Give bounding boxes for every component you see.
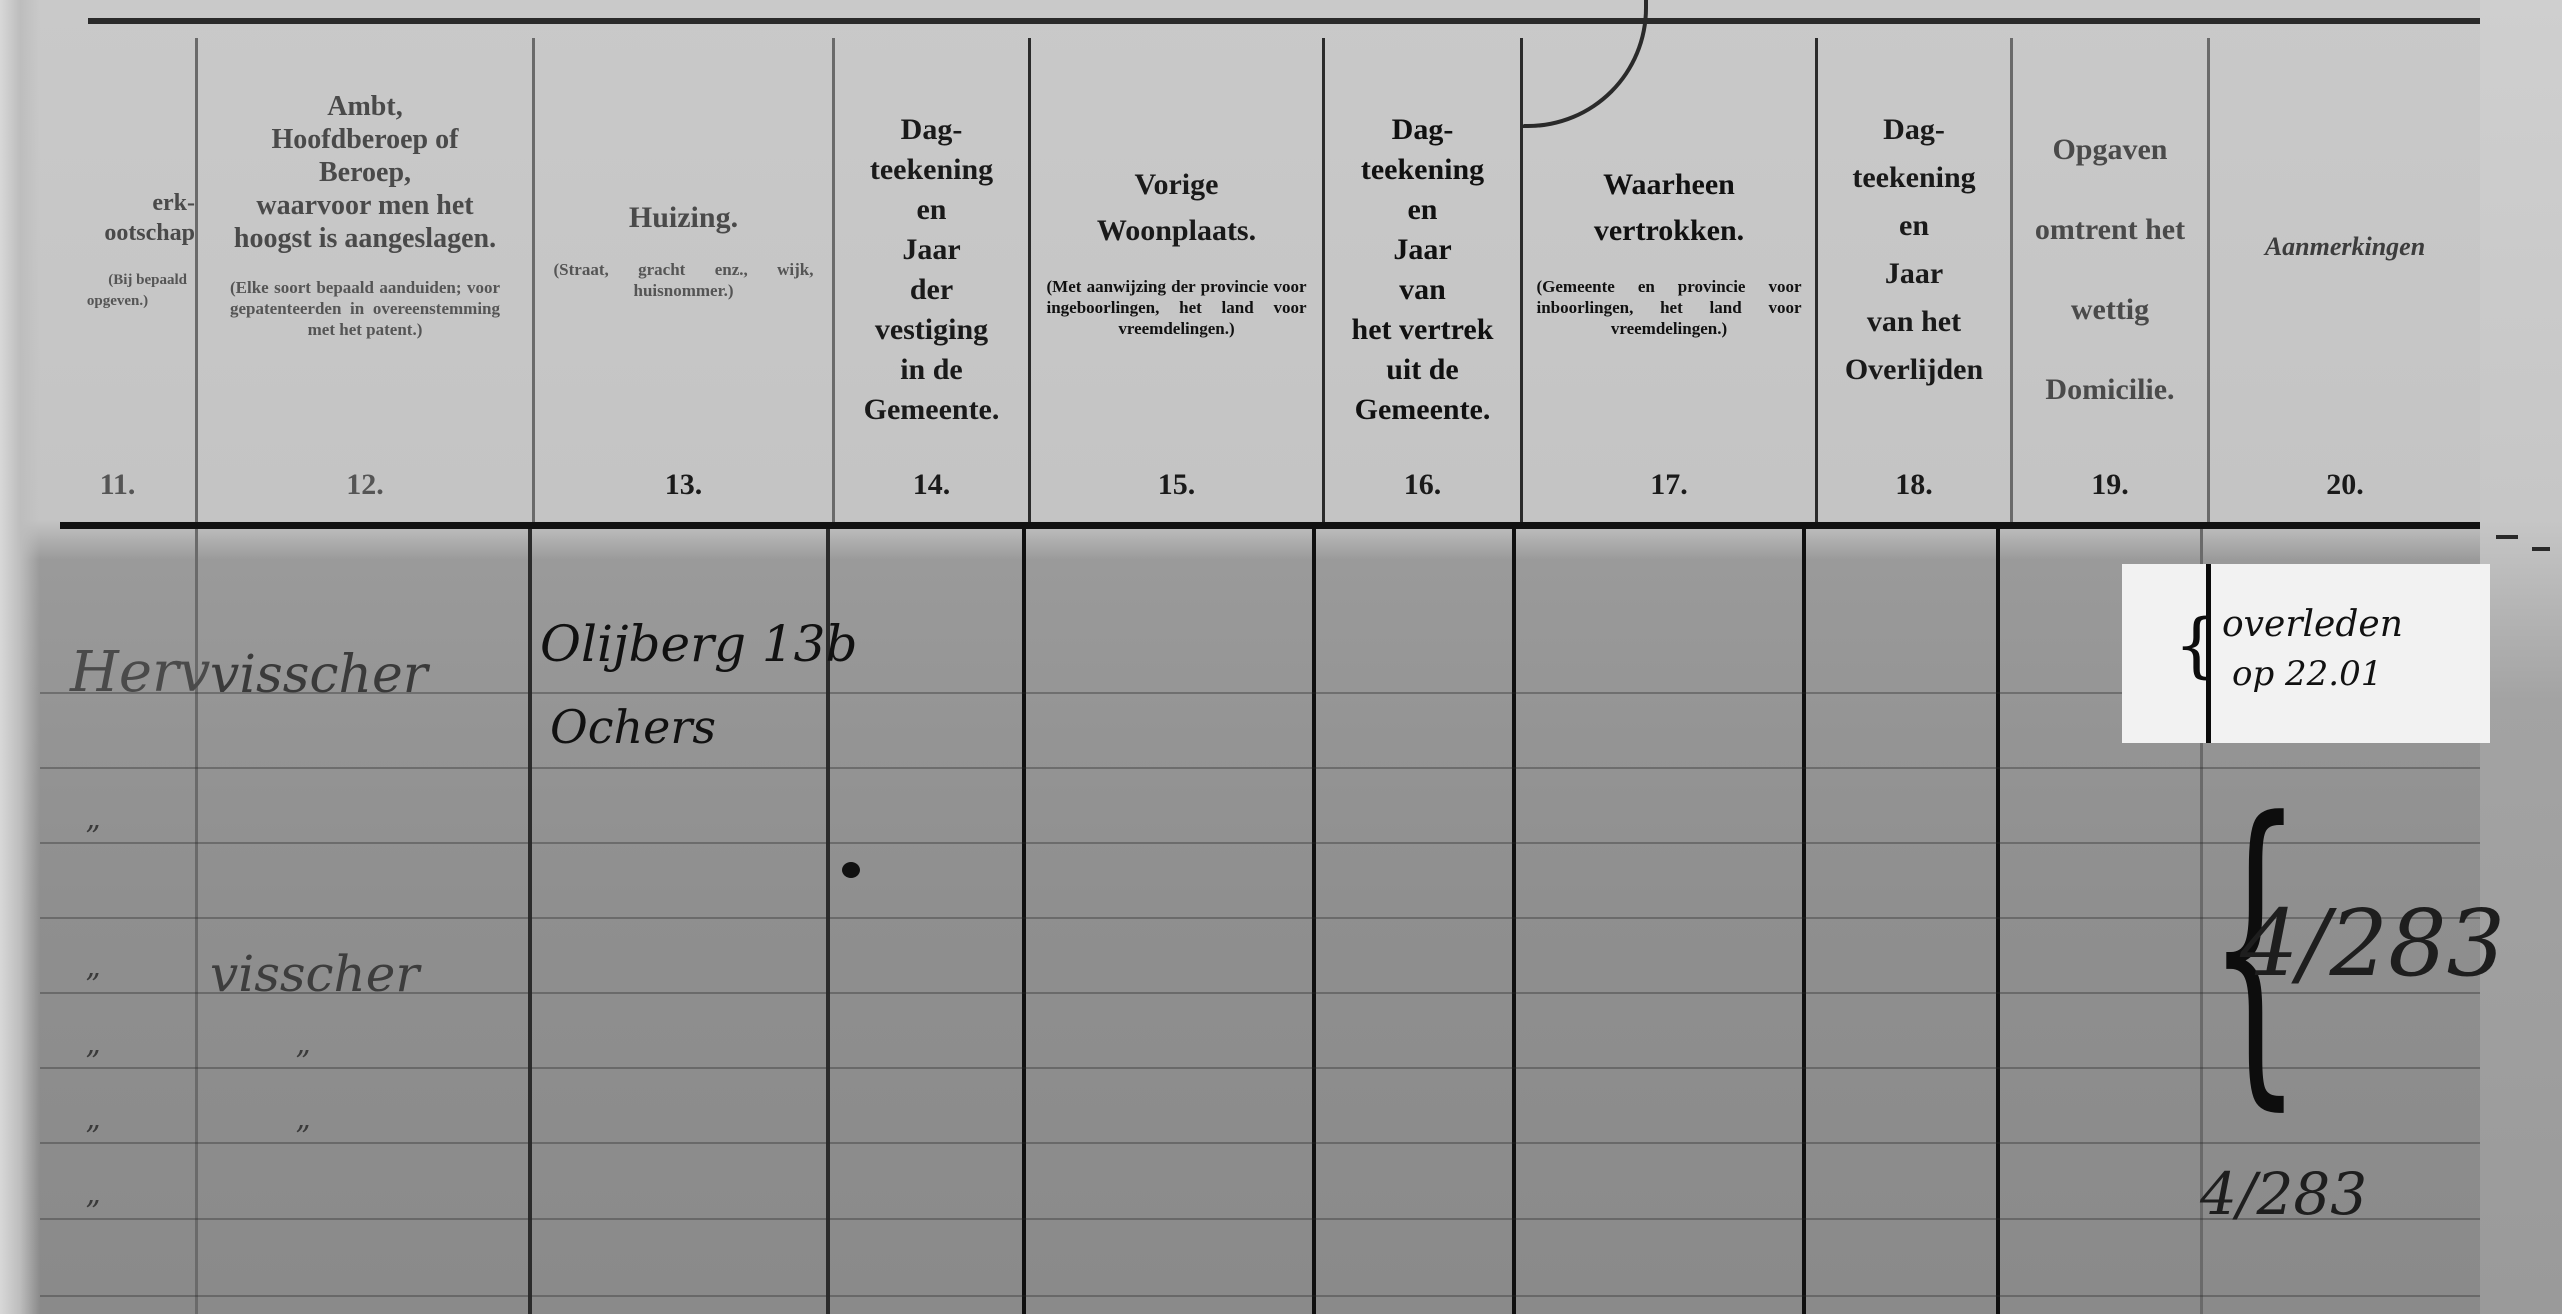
column-16-title-line: van: [1352, 270, 1494, 310]
entry-row1-religion: Herv: [70, 640, 210, 705]
column-18-title-line: en: [1845, 202, 1983, 250]
column-header-14: Dag- teekening en Jaar der vestiging in …: [835, 40, 1028, 480]
column-14-title-line: in de: [864, 350, 1000, 390]
column-number-18: 18.: [1818, 468, 2010, 502]
column-16-title-line: Gemeente.: [1352, 390, 1494, 430]
column-17-subtitle: (Gemeente en provincie voor inboorlingen…: [1529, 276, 1810, 339]
column-header-11: erk- ootschap (Bij bepaald opgeven.): [40, 40, 195, 460]
remark-bracket-reference: 4/283: [2240, 890, 2505, 997]
column-14-title-line: Dag-: [864, 110, 1000, 150]
column-18-title-line: Jaar: [1845, 250, 1983, 298]
column-14-title-line: vestiging: [864, 310, 1000, 350]
column-header-19: Opgaven omtrent het wettig Domicilie.: [2013, 40, 2207, 530]
column-header-20: Aanmerkingen: [2210, 40, 2480, 652]
column-18-title-line: Dag-: [1845, 106, 1983, 154]
column-15-subtitle: (Met aanwijzing der provincie voor ingeb…: [1039, 276, 1315, 339]
body-separator-16-17: [1512, 529, 1516, 1314]
remark-lower-reference: 4/283: [2200, 1160, 2367, 1228]
ruled-line: [40, 1295, 2480, 1297]
column-18-title-line: teekening: [1845, 154, 1983, 202]
entry-row1-address-line2: Ochers: [550, 700, 716, 754]
column-11-title-line: erk-: [104, 188, 195, 218]
column-16-title-line: Dag-: [1352, 110, 1494, 150]
inset-brace: {: [2174, 604, 2219, 686]
ditto-mark: ”: [85, 820, 100, 855]
ditto-mark: ”: [295, 1045, 310, 1080]
column-header-12: Ambt, Hoofdberoep of Beroep, waarvoor me…: [198, 40, 532, 510]
column-16-title-line: het vertrek: [1352, 310, 1494, 350]
ruled-line: [40, 1142, 2480, 1144]
column-13-subtitle: (Straat, gracht enz., wijk, huisnommer.): [546, 259, 822, 301]
column-number-16: 16.: [1325, 468, 1520, 502]
column-number-14: 14.: [835, 468, 1028, 502]
column-19-title-line: Opgaven: [2035, 110, 2185, 190]
body-separator-14-15: [1022, 529, 1026, 1314]
remark-deceased-line2: op 22.01: [2232, 654, 2382, 694]
ink-blot: [842, 862, 860, 878]
column-header-16: Dag- teekening en Jaar van het vertrek u…: [1325, 40, 1520, 480]
remark-deceased-line1: overleden: [2222, 604, 2403, 645]
column-number-20: 20.: [2210, 468, 2480, 502]
column-14-title-line: Jaar: [864, 230, 1000, 270]
column-header-15: Vorige Woonplaats. (Met aanwijzing der p…: [1031, 40, 1322, 460]
entry-row3-occupation: visscher: [210, 945, 419, 1003]
margin-tick: [2532, 547, 2550, 551]
column-19-title-line: omtrent het: [2035, 190, 2185, 270]
ruled-line: [40, 1067, 2480, 1069]
column-19-title-line: Domicilie.: [2035, 350, 2185, 430]
column-12-title-line: Beroep,: [234, 156, 496, 189]
page-right-margin: [2480, 0, 2562, 1314]
column-12-title-line: hoogst is aangeslagen.: [234, 222, 496, 255]
column-14-title-line: teekening: [864, 150, 1000, 190]
column-20-title: Aanmerkingen: [2265, 232, 2425, 262]
ruled-line: [40, 842, 2480, 844]
column-11-subtitle: (Bij bepaald opgeven.): [40, 270, 195, 312]
body-separator-12-13: [528, 529, 532, 1314]
ruled-line: [40, 917, 2480, 919]
column-number-15: 15.: [1031, 468, 1322, 502]
column-17-title-line: vertrokken.: [1594, 208, 1744, 254]
column-number-11: 11.: [40, 468, 195, 502]
top-rule: [88, 18, 2480, 24]
body-separator-15-16: [1312, 529, 1316, 1314]
column-11-title-line: ootschap: [104, 218, 195, 248]
column-12-title-line: Ambt,: [234, 90, 496, 123]
column-15-title-line: Vorige: [1097, 162, 1256, 208]
column-18-title-line: Overlijden: [1845, 346, 1983, 394]
margin-tick: [2496, 535, 2518, 539]
page-fold-shadow: [0, 0, 40, 1314]
column-16-title-line: teekening: [1352, 150, 1494, 190]
column-14-title-line: der: [864, 270, 1000, 310]
body-separator-18-19: [1996, 529, 2000, 1314]
ruled-line: [40, 1218, 2480, 1220]
column-13-title: Huizing.: [629, 199, 738, 237]
column-12-subtitle: (Elke soort bepaald aanduiden; voor gepa…: [222, 277, 508, 340]
column-number-12: 12.: [198, 468, 532, 502]
column-header-18: Dag- teekening en Jaar van het Overlijde…: [1818, 40, 2010, 460]
register-page: erk- ootschap (Bij bepaald opgeven.) 11.…: [0, 0, 2562, 1314]
column-number-13: 13.: [535, 468, 832, 502]
entry-row1-occupation: visscher: [210, 645, 428, 705]
column-12-title-line: waarvoor men het: [234, 189, 496, 222]
column-14-title-line: en: [864, 190, 1000, 230]
column-16-title-line: uit de: [1352, 350, 1494, 390]
ditto-mark: ”: [85, 1045, 100, 1080]
column-number-19: 19.: [2013, 468, 2207, 502]
column-header-13: Huizing. (Straat, gracht enz., wijk, hui…: [535, 40, 832, 460]
ditto-mark: ”: [295, 1120, 310, 1155]
entry-row1-address-line1: Olijberg 13b: [540, 615, 858, 673]
column-15-title-line: Woonplaats.: [1097, 208, 1256, 254]
ditto-mark: ”: [85, 1195, 100, 1230]
ditto-mark: ”: [85, 1120, 100, 1155]
column-18-title-line: van het: [1845, 298, 1983, 346]
ruled-line: [40, 767, 2480, 769]
column-16-title-line: en: [1352, 190, 1494, 230]
body-separator-17-18: [1802, 529, 1806, 1314]
ditto-mark: ”: [85, 968, 100, 1003]
column-number-17: 17.: [1523, 468, 1815, 502]
column-12-title-line: Hoofdberoep of: [234, 123, 496, 156]
remarks-inset-overlay: { overleden op 22.01: [2122, 564, 2490, 743]
column-19-title-line: wettig: [2035, 270, 2185, 350]
column-14-title-line: Gemeente.: [864, 390, 1000, 430]
column-header-17: Waarheen vertrokken. (Gemeente en provin…: [1523, 40, 1815, 460]
column-17-title-line: Waarheen: [1594, 162, 1744, 208]
column-16-title-line: Jaar: [1352, 230, 1494, 270]
